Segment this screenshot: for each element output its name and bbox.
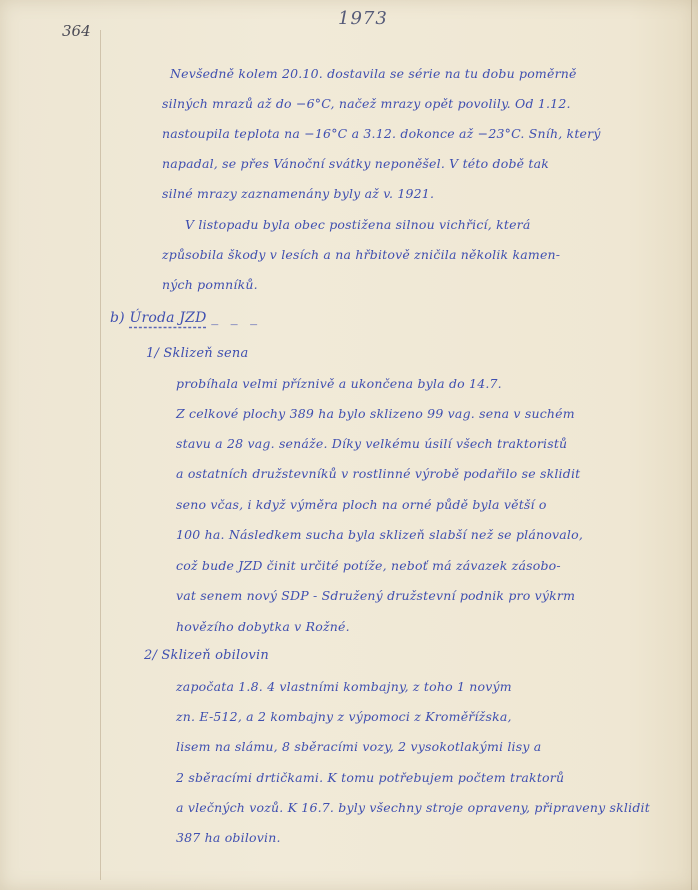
handwritten-line: a vlečných vozů. K 16.7. byly všechny st… xyxy=(176,800,650,815)
handwritten-line: hovězího dobytka v Rožné. xyxy=(176,619,350,634)
handwritten-line: seno včas, i když výměra ploch na orné p… xyxy=(176,497,547,512)
handwritten-line: V listopadu byla obec postižena silnou v… xyxy=(185,217,531,232)
handwritten-line: což bude JZD činit určité potíže, neboť … xyxy=(176,558,561,573)
section-b-heading: b) Úroda JZD _ _ _ xyxy=(110,310,261,326)
handwritten-line: a ostatních družstevníků v rostlinné výr… xyxy=(176,466,580,481)
year-heading: 1973 xyxy=(338,8,388,29)
handwritten-line: probíhala velmi příznivě a ukončena byla… xyxy=(176,376,502,391)
handwritten-line: započata 1.8. 4 vlastními kombajny, z to… xyxy=(176,679,512,694)
section-b-label: b) xyxy=(110,310,125,326)
handwritten-line: vat senem nový SDP - Sdružený družstevní… xyxy=(176,588,575,603)
handwritten-line: zn. E-512, a 2 kombajny z výpomoci z Kro… xyxy=(176,709,512,724)
margin-line xyxy=(100,30,101,880)
notebook-page: 364 1973 Nevšedně kolem 20.10. dostavila… xyxy=(0,0,698,890)
handwritten-line: nastoupila teplota na −16°C a 3.12. doko… xyxy=(162,126,601,141)
handwritten-line: 100 ha. Následkem sucha byla sklizeň sla… xyxy=(176,527,583,542)
handwritten-line: silné mrazy zaznamenány byly až v. 1921. xyxy=(162,186,434,201)
handwritten-line: způsobila škody v lesích a na hřbitově z… xyxy=(162,247,560,262)
handwritten-line: Z celkové plochy 389 ha bylo sklizeno 99… xyxy=(176,406,575,421)
page-edge xyxy=(691,0,692,890)
subsection-1-title: 1/ Sklizeň sena xyxy=(146,346,248,361)
page-number: 364 xyxy=(62,22,91,40)
section-b-dashes: _ _ _ xyxy=(211,310,261,326)
subsection-2-title: 2/ Sklizeň obilovin xyxy=(144,648,269,663)
handwritten-line: silných mrazů až do −6°C, načež mrazy op… xyxy=(162,96,571,111)
handwritten-line: stavu a 28 vag. senáže. Díky velkému úsi… xyxy=(176,436,567,451)
handwritten-line: Nevšedně kolem 20.10. dostavila se série… xyxy=(170,66,577,81)
handwritten-line: 2 sběracími drtičkami. K tomu potřebujem… xyxy=(176,770,564,785)
handwritten-line: ných pomníků. xyxy=(162,277,258,292)
handwritten-line: 387 ha obilovin. xyxy=(176,830,281,845)
handwritten-line: napadal, se přes Vánoční svátky neponěše… xyxy=(162,156,549,171)
handwritten-line: lisem na slámu, 8 sběracími vozy, 2 vyso… xyxy=(176,739,541,754)
section-b-title: Úroda JZD xyxy=(129,310,206,326)
